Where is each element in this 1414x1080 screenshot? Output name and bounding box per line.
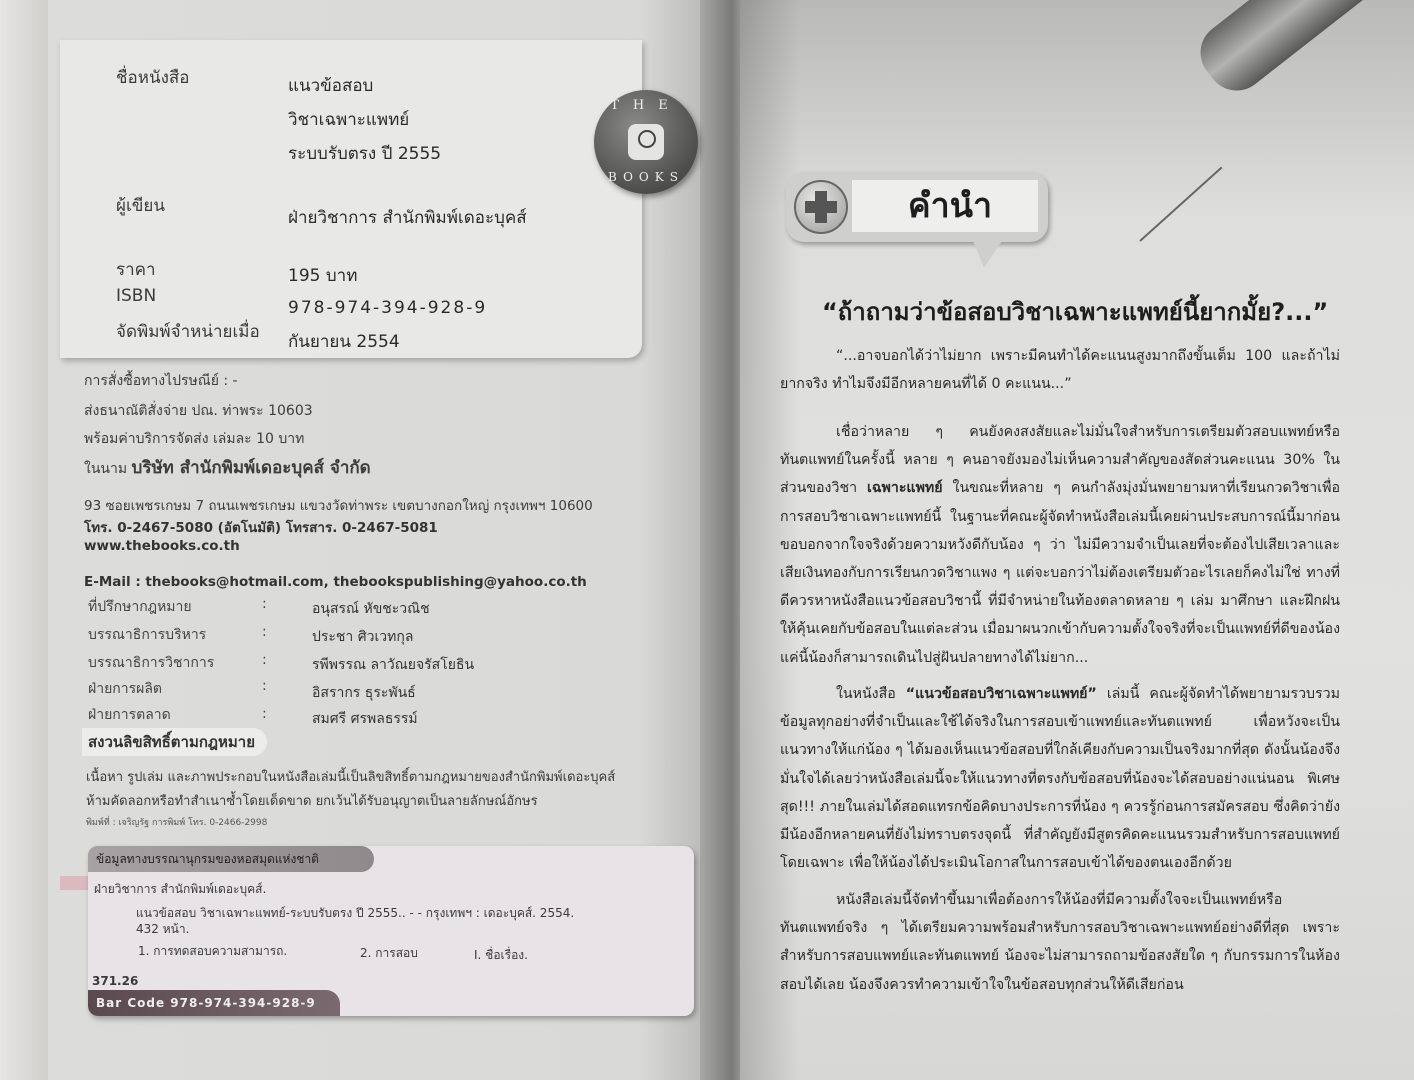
- address: 93 ซอยเพชรเกษม 7 ถนนเพชรเกษม แขวงวัดท่าพ…: [84, 494, 593, 516]
- catalog-subject: 1. การทดสอบความสามารถ.: [138, 942, 287, 961]
- book-info-card: ชื่อหนังสือ แนวข้อสอบ วิชาเฉพาะแพทย์ ระบ…: [60, 40, 642, 358]
- the-books-logo: THE BOOKS: [594, 90, 698, 194]
- staff-role: บรรณาธิการบริหาร: [88, 624, 206, 646]
- plus-icon: [794, 180, 848, 234]
- page-edge: [0, 0, 48, 1080]
- paragraph-text: เล่มนี้ คณะผู้จัดทำได้พยายามรวบรวมข้อมูล…: [780, 686, 1340, 871]
- catalog-pages: 432 หน้า.: [136, 920, 189, 939]
- staff-name: อิสรากร ธุระพันธ์: [312, 682, 416, 704]
- barcode-label: Bar Code 978-974-394-928-9: [88, 990, 340, 1016]
- staff-role: ฝ่ายการผลิต: [88, 678, 162, 700]
- staff-role: ที่ปรึกษากฎหมาย: [88, 596, 192, 618]
- catalog-header: ข้อมูลทางบรรณานุกรมของหอสมุดแห่งชาติ: [88, 846, 374, 872]
- staff-name: รพีพรรณ ลาวัณยจรัสโยธิน: [312, 654, 474, 676]
- staff-name: อนุสรณ์ หัขชะวณิช: [312, 598, 430, 620]
- catalog-author: ฝ่ายวิชาการ สำนักพิมพ์เดอะบุคส์.: [94, 880, 266, 899]
- order-line: พร้อมค่าบริการจัดส่ง เล่มละ 10 บาท: [84, 428, 304, 450]
- payee-name: บริษัท สำนักพิมพ์เดอะบุคส์ จำกัด: [132, 458, 371, 478]
- value-publish-date: กันยายน 2554: [288, 328, 400, 355]
- separator: :: [262, 652, 267, 668]
- paragraph-bold: “แนวข้อสอบวิชาเฉพาะแพทย์”: [906, 686, 1097, 702]
- page-heading: คำนำ: [870, 178, 1030, 232]
- label-title: ชื่อหนังสือ: [116, 64, 189, 91]
- email[interactable]: E-Mail : thebooks@hotmail.com, thebooksp…: [84, 574, 587, 590]
- staff-name: สมศรี ศรพลธรรม์: [312, 708, 418, 730]
- value-title-line-1: แนวข้อสอบ: [288, 72, 373, 99]
- subtitle: “ถ้าถามว่าข้อสอบวิชาเฉพาะแพทย์นี้ยากมั้ย…: [822, 292, 1328, 331]
- staff-role: บรรณาธิการวิชาการ: [88, 652, 214, 674]
- catalog-subject: 2. การสอบ: [360, 944, 418, 963]
- separator: :: [262, 706, 267, 722]
- catalog-box: ข้อมูลทางบรรณานุกรมของหอสมุดแห่งชาติ ฝ่า…: [88, 846, 694, 1016]
- logo-text-top: THE: [594, 98, 698, 113]
- paragraph-bold: เฉพาะแพทย์: [867, 480, 943, 496]
- heading-bubble: คำนำ: [786, 172, 1048, 242]
- book-spread: ชื่อหนังสือ แนวข้อสอบ วิชาเฉพาะแพทย์ ระบ…: [0, 0, 1414, 1080]
- value-author: ฝ่ายวิชาการ สำนักพิมพ์เดอะบุคส์: [288, 204, 527, 231]
- paragraph-text: ในขณะที่หลาย ๆ คนกำลังมุ่งมั่นพยายามหาที…: [780, 480, 1340, 665]
- website-link[interactable]: www.thebooks.co.th: [84, 538, 240, 554]
- order-line: การสั่งซื้อทางไปรษณีย์ : -: [84, 370, 238, 392]
- value-price: 195 บาท: [288, 262, 357, 289]
- copyright-title: สงวนลิขสิทธิ์ตามกฎหมาย: [82, 728, 267, 756]
- label-isbn: ISBN: [116, 286, 156, 306]
- label-author: ผู้เขียน: [116, 192, 165, 219]
- printer-info: พิมพ์ที่ : เจริญรัฐ การพิมพ์ โทร. 0-2466…: [86, 815, 267, 829]
- quote-text: “...อาจบอกได้ว่าไม่ยาก เพราะมีคนทำได้คะแ…: [780, 342, 1340, 398]
- paragraph: หนังสือเล่มนี้จัดทำขึ้นมาเพื่อต้องการให้…: [780, 886, 1340, 999]
- lightbulb-icon: [628, 124, 664, 160]
- paragraph-text: ในหนังสือ: [836, 686, 906, 702]
- paragraph: ในหนังสือ “แนวข้อสอบวิชาเฉพาะแพทย์” เล่ม…: [780, 680, 1340, 877]
- separator: :: [262, 596, 267, 612]
- phone: โทร. 0-2467-5080 (อัตโนมัติ) โทรสาร. 0-2…: [84, 516, 438, 538]
- catalog-title: แนวข้อสอบ วิชาเฉพาะแพทย์-ระบบรับตรง ปี 2…: [136, 904, 574, 923]
- catalog-subject: I. ชื่อเรื่อง.: [474, 946, 528, 965]
- separator: :: [262, 624, 267, 640]
- logo-text-bottom: BOOKS: [594, 170, 698, 184]
- value-isbn: 978-974-394-928-9: [288, 298, 487, 318]
- value-title-line-3: ระบบรับตรง ปี 2555: [288, 140, 441, 167]
- separator: :: [262, 678, 267, 694]
- catalog-class-number: 371.26: [92, 974, 138, 988]
- copyright-line: ห้ามคัดลอกหรือทำสำเนาซ้ำโดยเด็ดขาด ยกเว้…: [86, 790, 538, 811]
- staff-name: ประชา ศิวเวทกุล: [312, 626, 413, 648]
- payee-prefix: ในนาม: [84, 461, 127, 477]
- paragraph-text: หนังสือเล่มนี้จัดทำขึ้นมาเพื่อต้องการให้…: [780, 892, 1340, 993]
- copyright-line: เนื้อหา รูปเล่ม และภาพประกอบในหนังสือเล่…: [86, 766, 615, 787]
- paragraph: เชื่อว่าหลาย ๆ คนยังคงสงสัยและไม่มั่นใจส…: [780, 418, 1340, 672]
- label-price: ราคา: [116, 256, 156, 283]
- intro-quote: “...อาจบอกได้ว่าไม่ยาก เพราะมีคนทำได้คะแ…: [780, 342, 1340, 398]
- label-publish-date: จัดพิมพ์จำหน่ายเมื่อ: [116, 318, 260, 345]
- value-title-line-2: วิชาเฉพาะแพทย์: [288, 106, 409, 133]
- order-line: ส่งธนาณัติสั่งจ่าย ปณ. ท่าพระ 10603: [84, 400, 313, 422]
- staff-role: ฝ่ายการตลาด: [88, 704, 171, 726]
